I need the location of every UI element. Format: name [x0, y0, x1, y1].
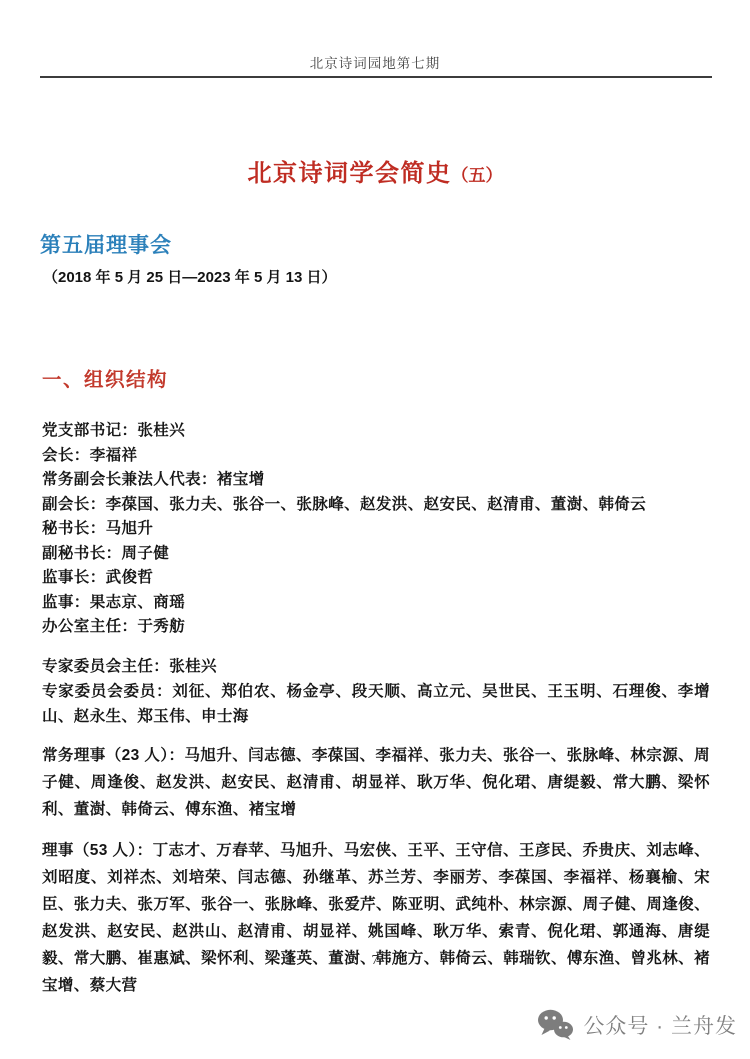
- term-date-range: （2018 年 5 月 25 日—2023 年 5 月 13 日）: [43, 266, 336, 287]
- document-page: 北京诗词园地第七期 北京诗词学会简史（五） 第五届理事会 （2018 年 5 月…: [0, 0, 750, 1059]
- wechat-watermark: 公众号 · 兰舟发: [537, 1009, 737, 1040]
- page-number: 7: [0, 953, 750, 969]
- expert-committee-members-line: 专家委员会委员：刘征、郑伯农、杨金亭、段天顺、高立元、吴世民、王玉明、石理俊、李…: [42, 679, 710, 729]
- org-line-secretary-general: 秘书长：马旭升: [42, 517, 710, 542]
- chapter-heading: 第五届理事会: [40, 229, 172, 259]
- org-line-vice-presidents: 副会长：李葆国、张力夫、张谷一、张脉峰、赵发洪、赵安民、赵清甫、董澍、韩倚云: [42, 493, 710, 518]
- org-line-office-director: 办公室主任：于秀舫: [42, 615, 710, 640]
- org-line-executive-vp: 常务副会长兼法人代表：褚宝增: [42, 468, 710, 493]
- org-line-party-secretary: 党支部书记：张桂兴: [42, 419, 710, 444]
- journal-header: 北京诗词园地第七期: [0, 52, 750, 72]
- org-line-deputy-secretary-general: 副秘书长：周子健: [42, 542, 710, 567]
- org-line-supervisors: 监事：果志京、商瑶: [42, 591, 710, 616]
- document-title-main: 北京诗词学会简史: [248, 160, 452, 187]
- org-structure-block: 党支部书记：张桂兴 会长：李福祥 常务副会长兼法人代表：褚宝增 副会长：李葆国、…: [42, 419, 710, 640]
- body-text: 党支部书记：张桂兴 会长：李福祥 常务副会长兼法人代表：褚宝增 副会长：李葆国、…: [42, 419, 710, 999]
- document-title: 北京诗词学会简史（五）: [0, 153, 750, 188]
- wechat-watermark-text: 公众号 · 兰舟发: [583, 1010, 737, 1040]
- header-divider: [40, 76, 712, 78]
- org-line-president: 会长：李福祥: [42, 444, 710, 469]
- directors-paragraph: 理事（53 人）：丁志才、万春苹、马旭升、马宏侠、王平、王守信、王彦民、乔贵庆、…: [42, 837, 710, 999]
- expert-committee-chair-line: 专家委员会主任：张桂兴: [42, 654, 710, 679]
- wechat-icon: [537, 1009, 574, 1040]
- expert-committee-block: 专家委员会主任：张桂兴 专家委员会委员：刘征、郑伯农、杨金亭、段天顺、高立元、吴…: [42, 654, 710, 729]
- standing-directors-paragraph: 常务理事（23 人）：马旭升、闫志德、李葆国、李福祥、张力夫、张谷一、张脉峰、林…: [42, 742, 710, 823]
- org-line-chief-supervisor: 监事长：武俊哲: [42, 566, 710, 591]
- document-title-part-number: （五）: [452, 166, 503, 185]
- section-heading: 一、组织结构: [42, 364, 168, 392]
